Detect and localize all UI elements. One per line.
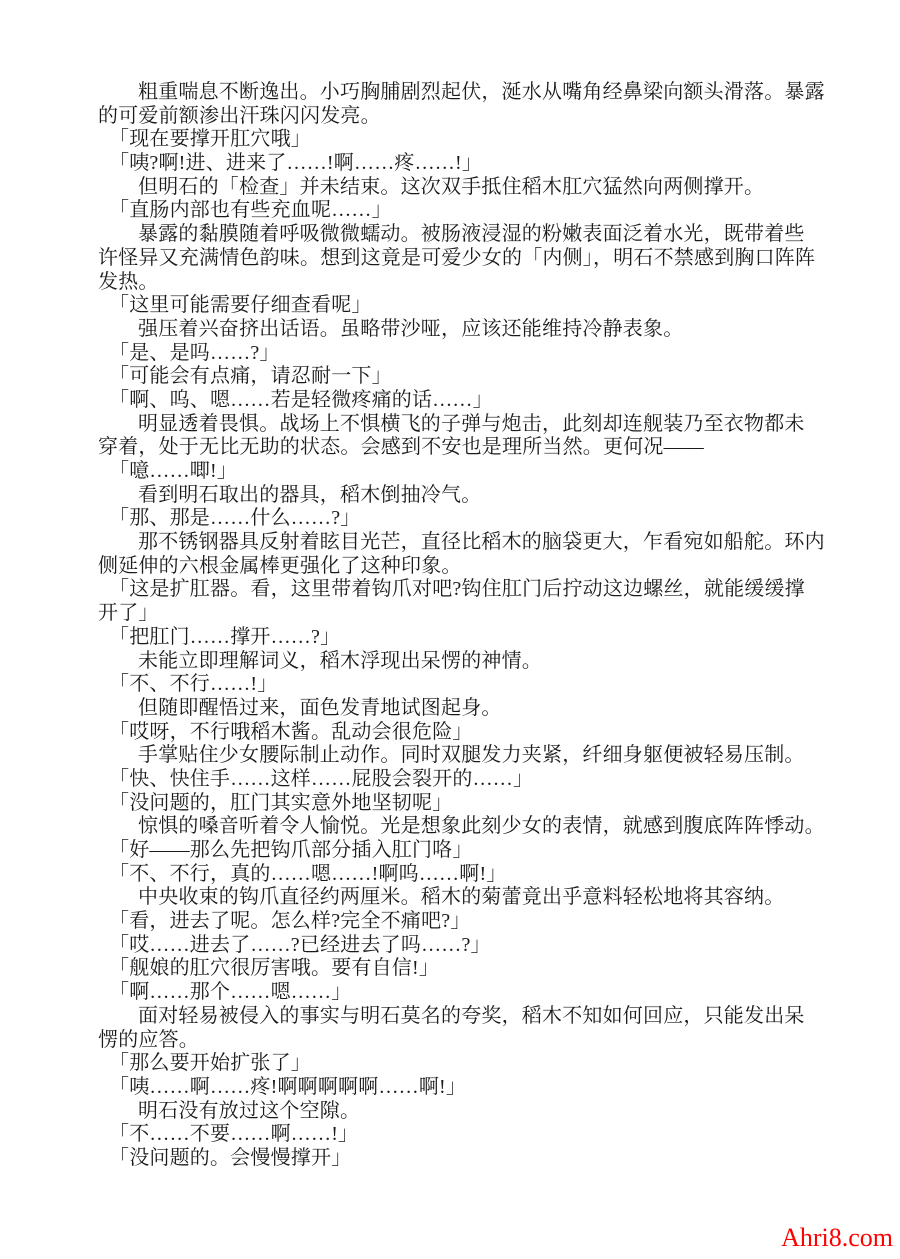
text-line: 但明石的「检查」并未结束。这次双手抵住稻木肛穴猛然向两侧撑开。 [98, 176, 806, 200]
text-line: 粗重喘息不断逸出。小巧胸脯剧烈起伏，涎水从嘴角经鼻梁向额头滑落。暴露 [98, 81, 806, 105]
text-line: 「这是扩肛器。看，这里带着钩爪对吧?钩住肛门后拧动这边螺丝，就能缓缓撑 [98, 578, 806, 602]
text-line: 「看，进去了呢。怎么样?完全不痛吧?」 [98, 910, 806, 934]
text-line: 「没问题的，肛门其实意外地坚韧呢」 [98, 792, 806, 816]
text-line: 但随即醒悟过来，面色发青地试图起身。 [98, 697, 806, 721]
text-line: 看到明石取出的器具，稻木倒抽冷气。 [98, 484, 806, 508]
novel-page: 粗重喘息不断逸出。小巧胸脯剧烈起伏，涎水从嘴角经鼻梁向额头滑落。暴露的可爱前额渗… [0, 0, 900, 1259]
text-line: 「哎……进去了……?已经进去了吗……?」 [98, 934, 806, 958]
text-line: 愣的应答。 [98, 1029, 806, 1053]
novel-text-block: 粗重喘息不断逸出。小巧胸脯剧烈起伏，涎水从嘴角经鼻梁向额头滑落。暴露的可爱前额渗… [98, 81, 806, 1171]
text-line: 暴露的黏膜随着呼吸微微蠕动。被肠液浸湿的粉嫩表面泛着水光，既带着些 [98, 223, 806, 247]
text-line: 「啊、呜、嗯……若是轻微疼痛的话……」 [98, 389, 806, 413]
text-line: 发热。 [98, 271, 806, 295]
text-line: 「咦?啊!进、进来了……!啊……疼……!」 [98, 152, 806, 176]
text-line: 「咦……啊……疼!啊啊啊啊啊……啊!」 [98, 1076, 806, 1100]
text-line: 「这里可能需要仔细查看呢」 [98, 294, 806, 318]
text-line: 「不、不行，真的……嗯……!啊呜……啊!」 [98, 863, 806, 887]
text-line: 面对轻易被侵入的事实与明石莫名的夸奖，稻木不知如何回应，只能发出呆 [98, 1005, 806, 1029]
text-line: 「没问题的。会慢慢撑开」 [98, 1147, 806, 1171]
watermark: Ahri8.com [781, 1223, 893, 1253]
text-line: 「啊……那个……嗯……」 [98, 981, 806, 1005]
text-line: 「哎呀，不行哦稻木酱。乱动会很危险」 [98, 721, 806, 745]
text-line: 「那、那是……什么……?」 [98, 507, 806, 531]
text-line: 侧延伸的六根金属棒更强化了这种印象。 [98, 555, 806, 579]
text-line: 「不、不行……!」 [98, 673, 806, 697]
text-line: 许怪异又充满情色韵味。想到这竟是可爱少女的「内侧」，明石不禁感到胸口阵阵 [98, 247, 806, 271]
text-line: 「是、是吗……?」 [98, 342, 806, 366]
text-line: 中央收束的钩爪直径约两厘米。稻木的菊蕾竟出乎意料轻松地将其容纳。 [98, 886, 806, 910]
text-line: 明石没有放过这个空隙。 [98, 1100, 806, 1124]
text-line: 穿着，处于无比无助的状态。会感到不安也是理所当然。更何况—— [98, 436, 806, 460]
text-line: 开了」 [98, 602, 806, 626]
text-line: 的可爱前额渗出汗珠闪闪发亮。 [98, 105, 806, 129]
text-line: 那不锈钢器具反射着眩目光芒，直径比稻木的脑袋更大，乍看宛如船舵。环内 [98, 531, 806, 555]
text-line: 手掌贴住少女腰际制止动作。同时双腿发力夹紧，纤细身躯便被轻易压制。 [98, 744, 806, 768]
text-line: 「快、快住手……这样……屁股会裂开的……」 [98, 768, 806, 792]
text-line: 「不……不要……啊……!」 [98, 1123, 806, 1147]
text-line: 「好——那么先把钩爪部分插入肛门咯」 [98, 839, 806, 863]
text-line: 惊惧的嗓音听着令人愉悦。光是想象此刻少女的表情，就感到腹底阵阵悸动。 [98, 815, 806, 839]
text-line: 明显透着畏惧。战场上不惧横飞的子弹与炮击，此刻却连舰装乃至衣物都未 [98, 413, 806, 437]
text-line: 未能立即理解词义，稻木浮现出呆愣的神情。 [98, 650, 806, 674]
text-line: 「那么要开始扩张了」 [98, 1052, 806, 1076]
text-line: 「可能会有点痛，请忍耐一下」 [98, 365, 806, 389]
text-line: 「直肠内部也有些充血呢……」 [98, 199, 806, 223]
text-line: 「现在要撑开肛穴哦」 [98, 128, 806, 152]
text-line: 「噫……唧!」 [98, 460, 806, 484]
text-line: 强压着兴奋挤出话语。虽略带沙哑，应该还能维持冷静表象。 [98, 318, 806, 342]
text-line: 「把肛门……撑开……?」 [98, 626, 806, 650]
text-line: 「舰娘的肛穴很厉害哦。要有自信!」 [98, 957, 806, 981]
